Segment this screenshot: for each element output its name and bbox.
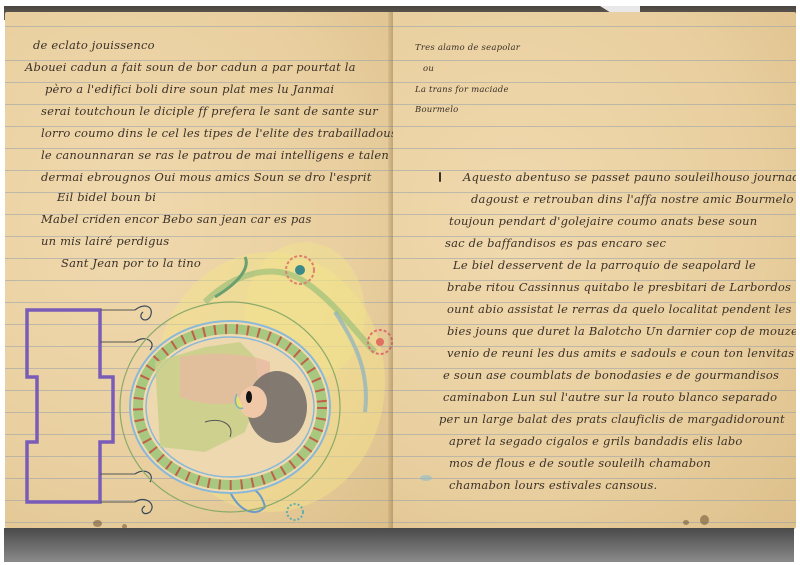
right-body-line-7: ount abio assistat le rerras da quelo lo… <box>447 302 792 316</box>
right-body-line-6: brabe ritou Cassinnus quitabo le presbit… <box>447 280 791 294</box>
right-body-line-9: venio de reuni les dus amits e sadouls e… <box>447 346 794 360</box>
ink-stain <box>683 520 689 525</box>
right-body-line-1: Aquesto abentuso se passet pauno souleil… <box>463 170 796 184</box>
right-body-line-15: chamabon lours estivales cansous. <box>449 478 657 492</box>
right-body-line-3: toujoun pendart d'golejaire coumo anats … <box>449 214 757 228</box>
ink-stain <box>93 520 102 527</box>
right-body-line-14: mos de flous e de soutle souleilh chamab… <box>449 456 711 470</box>
blue-smudge <box>420 475 432 481</box>
right-header-line-4: Bourmelo <box>415 105 458 115</box>
left-page: de eclato jouissenco Abouei cadun a fait… <box>5 12 393 530</box>
right-header-line-1: Tres alamo de seapolar <box>415 43 520 53</box>
right-body-line-8: bies jouns que duret la Balotcho Un darn… <box>447 324 796 338</box>
right-page: Tres alamo de seapolar ou La trans for m… <box>393 12 796 530</box>
portrait-illustration <box>5 12 393 530</box>
right-header-line-2: ou <box>423 64 434 74</box>
right-body-line-10: e soun ase coumblats de bonodasies e de … <box>443 368 779 382</box>
pen-mark <box>439 172 441 182</box>
ink-stain <box>700 515 709 525</box>
scan-shadow <box>4 528 794 562</box>
right-body-line-13: apret la segado cigalos e grils bandadis… <box>449 434 743 448</box>
right-header-line-3: La trans for maciade <box>415 85 509 95</box>
notebook-scan: de eclato jouissenco Abouei cadun a fait… <box>0 0 800 565</box>
right-body-line-12: per un large balat des prats clauficlis … <box>439 412 785 426</box>
right-body-line-5: Le biel desservent de la parroquio de se… <box>453 258 756 272</box>
right-body-line-2: dagoust e retrouban dins l'affa nostre a… <box>471 192 794 206</box>
right-body-line-11: caminabon Lun sul l'autre sur la routo b… <box>443 390 777 404</box>
right-body-line-4: sac de baffandisos es pas encaro sec <box>445 236 666 250</box>
